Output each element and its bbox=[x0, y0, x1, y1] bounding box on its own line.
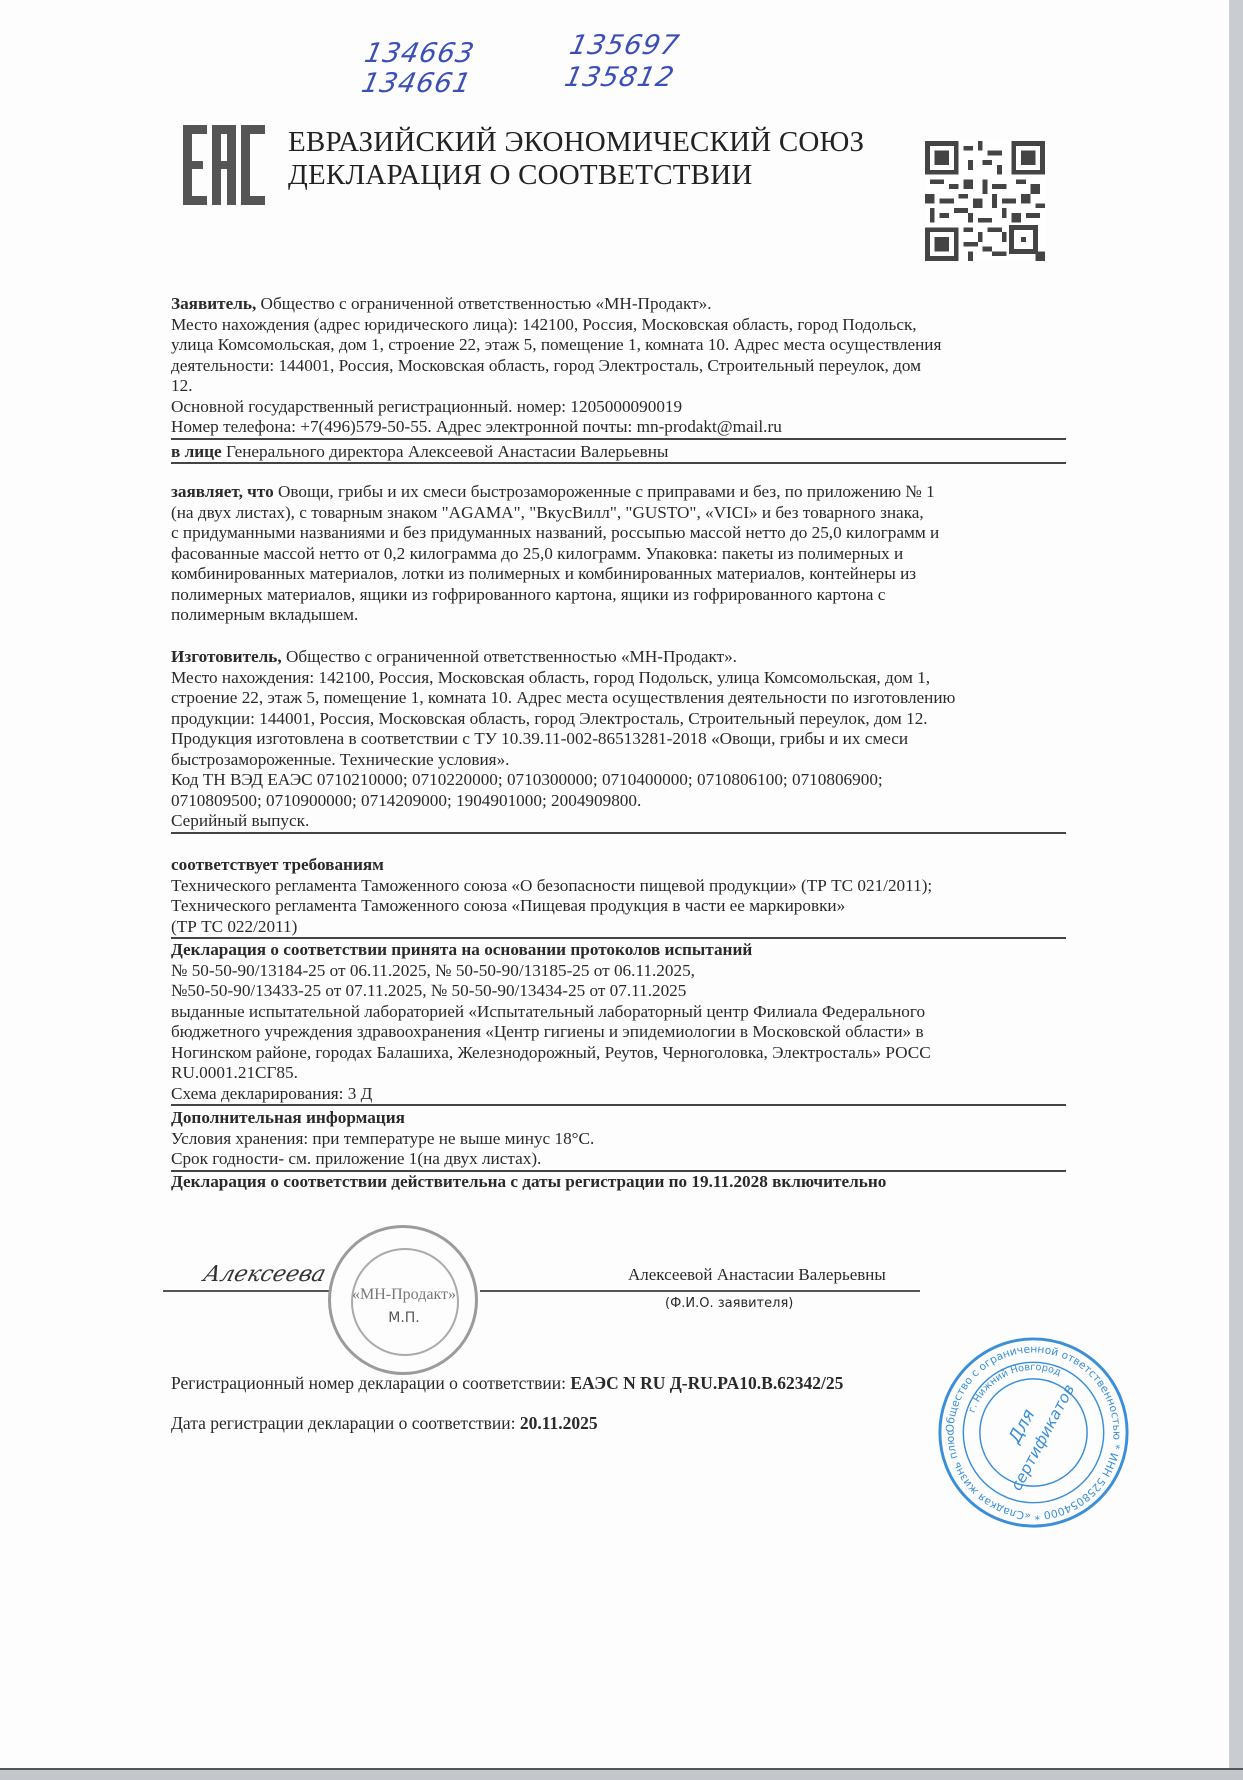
handwritten-number: 134661 bbox=[359, 68, 475, 99]
laboratory-line: бюджетного учреждения здравоохранения «Ц… bbox=[171, 1022, 1066, 1043]
regulation-line: (ТР ТС 022/2011) bbox=[171, 917, 1066, 940]
protocol-line: №50-50-90/13433-25 от 07.11.2025, № 50-5… bbox=[171, 981, 1066, 1002]
declaration-line: с придуманными названиями и без придуман… bbox=[171, 523, 1066, 544]
additional-info-section: Дополнительная информация Условия хранен… bbox=[171, 1108, 1066, 1192]
eac-letter-a-icon bbox=[212, 125, 236, 205]
registration-number-value: ЕАЭС N RU Д-RU.PA10.B.62342/25 bbox=[570, 1373, 843, 1393]
compliance-section: соответствует требованиям Технического р… bbox=[171, 855, 1066, 939]
applicant-section: Заявитель, Общество с ограниченной ответ… bbox=[171, 294, 1066, 464]
name-line bbox=[480, 1290, 920, 1292]
declaration-scheme: Схема декларирования: 3 Д bbox=[171, 1084, 1066, 1107]
applicant-ogrn: Основной государственный регистрационный… bbox=[171, 397, 1066, 418]
serial-release: Серийный выпуск. bbox=[171, 811, 1066, 834]
declaration-line: фасованные массой нетто от 0,2 килограмм… bbox=[171, 544, 1066, 565]
compliance-heading: соответствует требованиям bbox=[171, 855, 384, 874]
title-declaration: ДЕКЛАРАЦИЯ О СООТВЕТСТВИИ bbox=[288, 159, 864, 192]
manufacturer-label: Изготовитель, bbox=[171, 647, 282, 666]
eac-letter-c-icon bbox=[241, 125, 265, 205]
manufacturer-line: Продукция изготовлена в соответствии с Т… bbox=[171, 729, 1066, 750]
applicant-name: Общество с ограниченной ответственностью… bbox=[256, 294, 711, 313]
declaration-line: полимерным вкладышем. bbox=[171, 605, 1066, 626]
document-title: ЕВРАЗИЙСКИЙ ЭКОНОМИЧЕСКИЙ СОЮЗ ДЕКЛАРАЦИ… bbox=[288, 126, 864, 192]
manufacturer-line: Место нахождения: 142100, Россия, Москов… bbox=[171, 668, 1066, 689]
signature-line bbox=[163, 1290, 331, 1292]
handwritten-number: 135812 bbox=[562, 62, 678, 93]
registration-date-value: 20.11.2025 bbox=[520, 1413, 598, 1433]
handwritten-number: 135697 bbox=[567, 30, 683, 61]
applicant-address-line: Место нахождения (адрес юридического лиц… bbox=[171, 315, 1066, 336]
applicant-address-line: 12. bbox=[171, 376, 1066, 397]
applicant-address-line: улица Комсомольская, дом 1, строение 22,… bbox=[171, 335, 1066, 356]
manufacturer-name: Общество с ограниченной ответственностью… bbox=[282, 647, 737, 666]
handwritten-signature: Алексеева bbox=[201, 1262, 329, 1287]
representative-name: Генерального директора Алексеевой Анаста… bbox=[222, 442, 669, 461]
qr-code-icon[interactable] bbox=[925, 141, 1045, 261]
handwritten-number: 134663 bbox=[362, 38, 478, 69]
manufacturer-line: быстрозамороженные. Технические условия»… bbox=[171, 750, 1066, 771]
regulation-line: Технического регламента Таможенного союз… bbox=[171, 896, 1066, 917]
eac-logo-icon bbox=[183, 125, 265, 205]
company-seal: «МН-Продакт» М.П. bbox=[328, 1225, 478, 1375]
declaration-section: заявляет, что Овощи, грибы и их смеси бы… bbox=[171, 482, 1066, 626]
registration-date-row: Дата регистрации декларации о соответств… bbox=[171, 1413, 598, 1434]
signer-caption: (Ф.И.О. заявителя) bbox=[665, 1296, 793, 1311]
representative-label: в лице bbox=[171, 442, 222, 461]
certification-stamp-icon: Общество с ограниченной ответственностью… bbox=[936, 1335, 1131, 1530]
storage-conditions: Условия хранения: при температуре не выш… bbox=[171, 1129, 1066, 1150]
additional-heading: Дополнительная информация bbox=[171, 1108, 405, 1127]
protocol-line: № 50-50-90/13184-25 от 06.11.2025, № 50-… bbox=[171, 961, 1066, 982]
seal-company-name: «МН-Продакт» bbox=[349, 1286, 459, 1304]
scan-edge-bottom bbox=[0, 1768, 1243, 1780]
laboratory-line: RU.0001.21СГ85. bbox=[171, 1063, 1066, 1084]
validity-statement: Декларация о соответствии действительна … bbox=[171, 1172, 886, 1191]
shelf-life: Срок годности- см. приложение 1(на двух … bbox=[171, 1149, 1066, 1172]
applicant-address-line: деятельности: 144001, Россия, Московская… bbox=[171, 356, 1066, 377]
title-union: ЕВРАЗИЙСКИЙ ЭКОНОМИЧЕСКИЙ СОЮЗ bbox=[288, 126, 864, 159]
registration-number-row: Регистрационный номер декларации о соотв… bbox=[171, 1373, 843, 1394]
hs-codes-line: Код ТН ВЭД ЕАЭС 0710210000; 0710220000; … bbox=[171, 770, 1066, 791]
laboratory-line: выданные испытательной лабораторией «Исп… bbox=[171, 1002, 1066, 1023]
registration-date-label: Дата регистрации декларации о соответств… bbox=[171, 1413, 520, 1433]
basis-heading: Декларация о соответствии принята на осн… bbox=[171, 940, 752, 959]
declaration-line: комбинированных материалов, лотки из пол… bbox=[171, 564, 1066, 585]
declaration-line: полимерных материалов, ящики из гофриров… bbox=[171, 585, 1066, 606]
declaration-line: (на двух листах), с товарным знаком "AGA… bbox=[171, 503, 1066, 524]
signer-name: Алексеевой Анастасии Валерьевны bbox=[628, 1265, 886, 1285]
manufacturer-line: строение 22, этаж 5, помещение 1, комнат… bbox=[171, 688, 1066, 709]
eac-letter-e-icon bbox=[183, 125, 207, 205]
applicant-label: Заявитель, bbox=[171, 294, 256, 313]
hs-codes-line: 0710809500; 0710900000; 0714209000; 1904… bbox=[171, 791, 1066, 812]
seal-mp-label: М.П. bbox=[349, 1310, 459, 1326]
applicant-contacts: Номер телефона: +7(496)579-50-55. Адрес … bbox=[171, 417, 1066, 440]
manufacturer-section: Изготовитель, Общество с ограниченной от… bbox=[171, 647, 1066, 834]
laboratory-line: Ногинском районе, городах Балашиха, Желе… bbox=[171, 1043, 1066, 1064]
declaration-label: заявляет, что bbox=[171, 482, 274, 501]
registration-number-label: Регистрационный номер декларации о соотв… bbox=[171, 1373, 570, 1393]
basis-section: Декларация о соответствии принята на осн… bbox=[171, 940, 1066, 1106]
manufacturer-line: продукции: 144001, Россия, Московская об… bbox=[171, 709, 1066, 730]
scan-edge-right bbox=[1229, 0, 1243, 1780]
declaration-line: Овощи, грибы и их смеси быстрозамороженн… bbox=[274, 482, 935, 501]
regulation-line: Технического регламента Таможенного союз… bbox=[171, 876, 1066, 897]
